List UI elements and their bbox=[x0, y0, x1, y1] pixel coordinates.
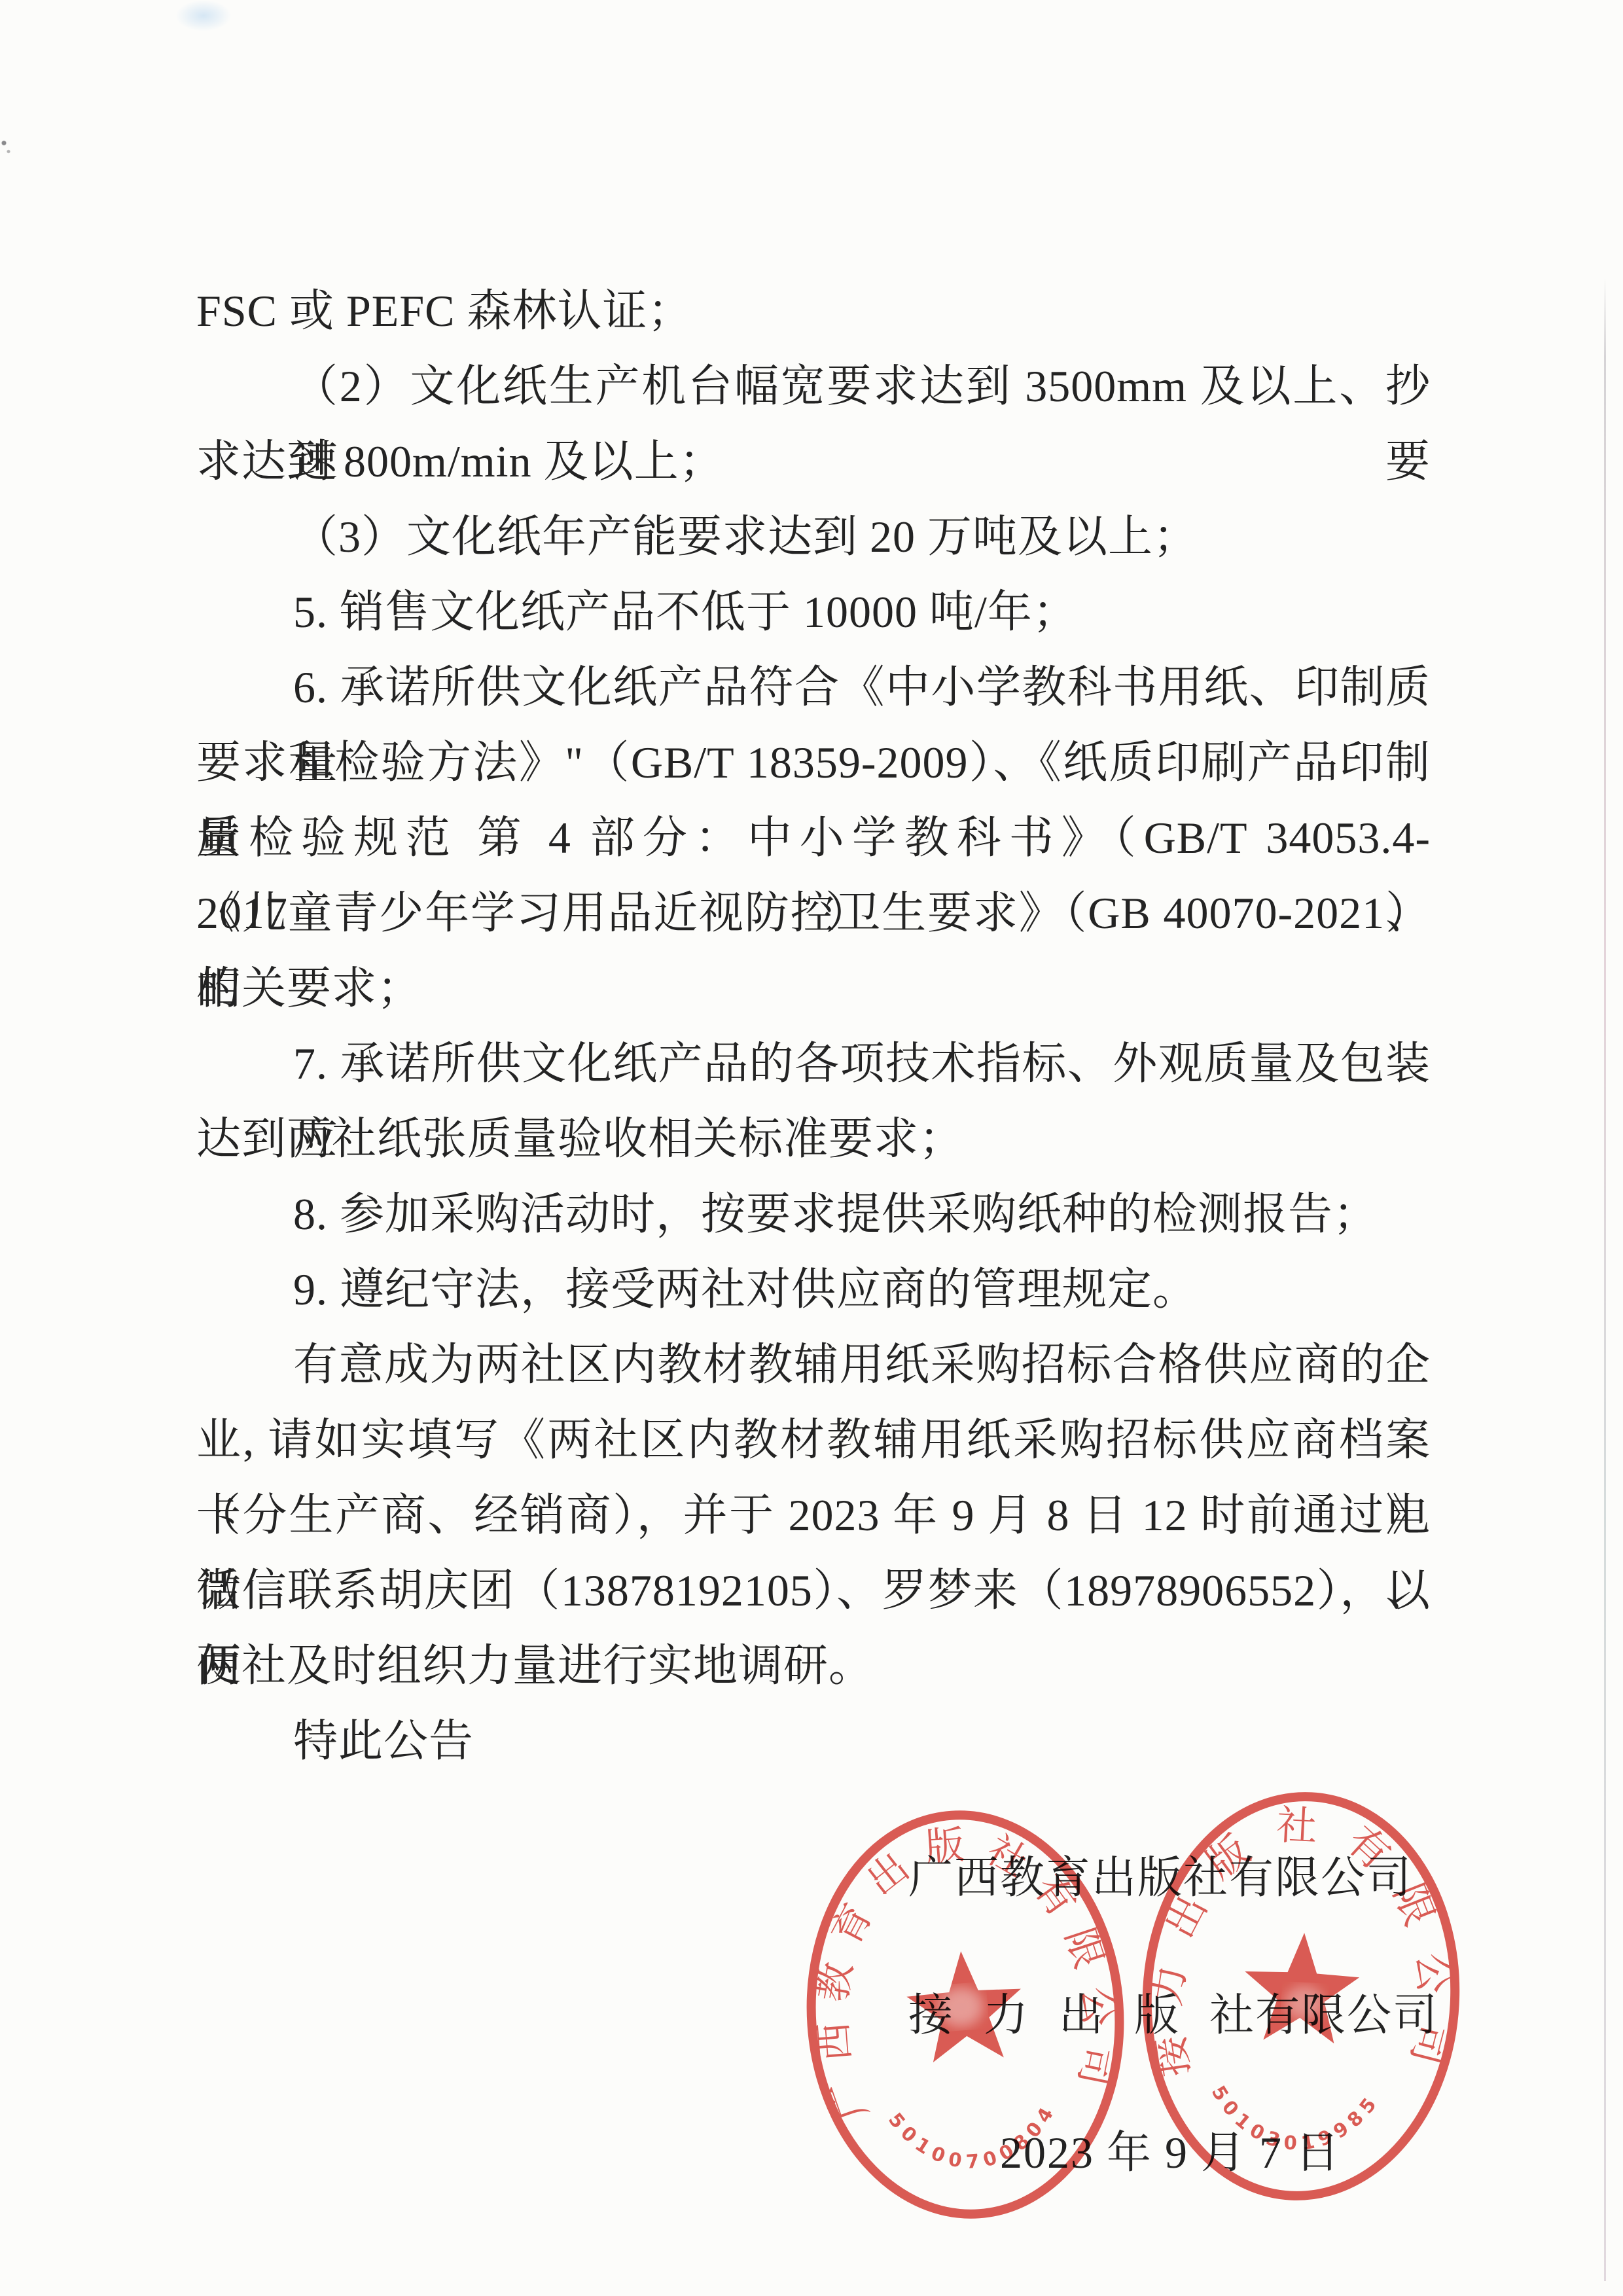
official-seal-left: 广西教育出版社有限公司 4501007008042 bbox=[787, 1794, 1143, 2234]
scan-artifact-edge-line bbox=[1604, 278, 1606, 2281]
body-line: 9. 遵纪守法，接受两社对供应商的管理规定。 bbox=[293, 1252, 1198, 1327]
scan-artifact-blue-smudge bbox=[175, 0, 232, 31]
body-line: 求达到 800m/min 及以上； bbox=[196, 424, 724, 499]
body-line: 特此公告 bbox=[293, 1704, 474, 1779]
body-line: 8. 参加采购活动时，按要求提供采购纸种的检测报告； bbox=[293, 1177, 1378, 1252]
body-line: 相关要求； bbox=[196, 951, 422, 1026]
scan-artifact-speck bbox=[0, 139, 13, 156]
body-line: （3）文化纸年产能要求达到 20 万吨及以上； bbox=[293, 499, 1198, 575]
body-line: 有意成为两社区内教材教辅用纸采购招标合格供应商的企 bbox=[293, 1327, 1431, 1403]
body-line: 两社及时组织力量进行实地调研。 bbox=[196, 1628, 874, 1704]
official-seal-right: 接力出版社有限公司 4501030199853 bbox=[1127, 1778, 1476, 2214]
body-line: 5. 销售文化纸产品不低于 10000 吨/年； bbox=[293, 575, 1078, 650]
body-line: 达到两社纸张质量验收相关标准要求； bbox=[196, 1102, 964, 1177]
scanned-document-page: FSC 或 PEFC 森林认证； （2）文化纸生产机台幅宽要求达到 3500mm… bbox=[0, 0, 1623, 2296]
body-line: FSC 或 PEFC 森林认证； bbox=[196, 274, 693, 349]
